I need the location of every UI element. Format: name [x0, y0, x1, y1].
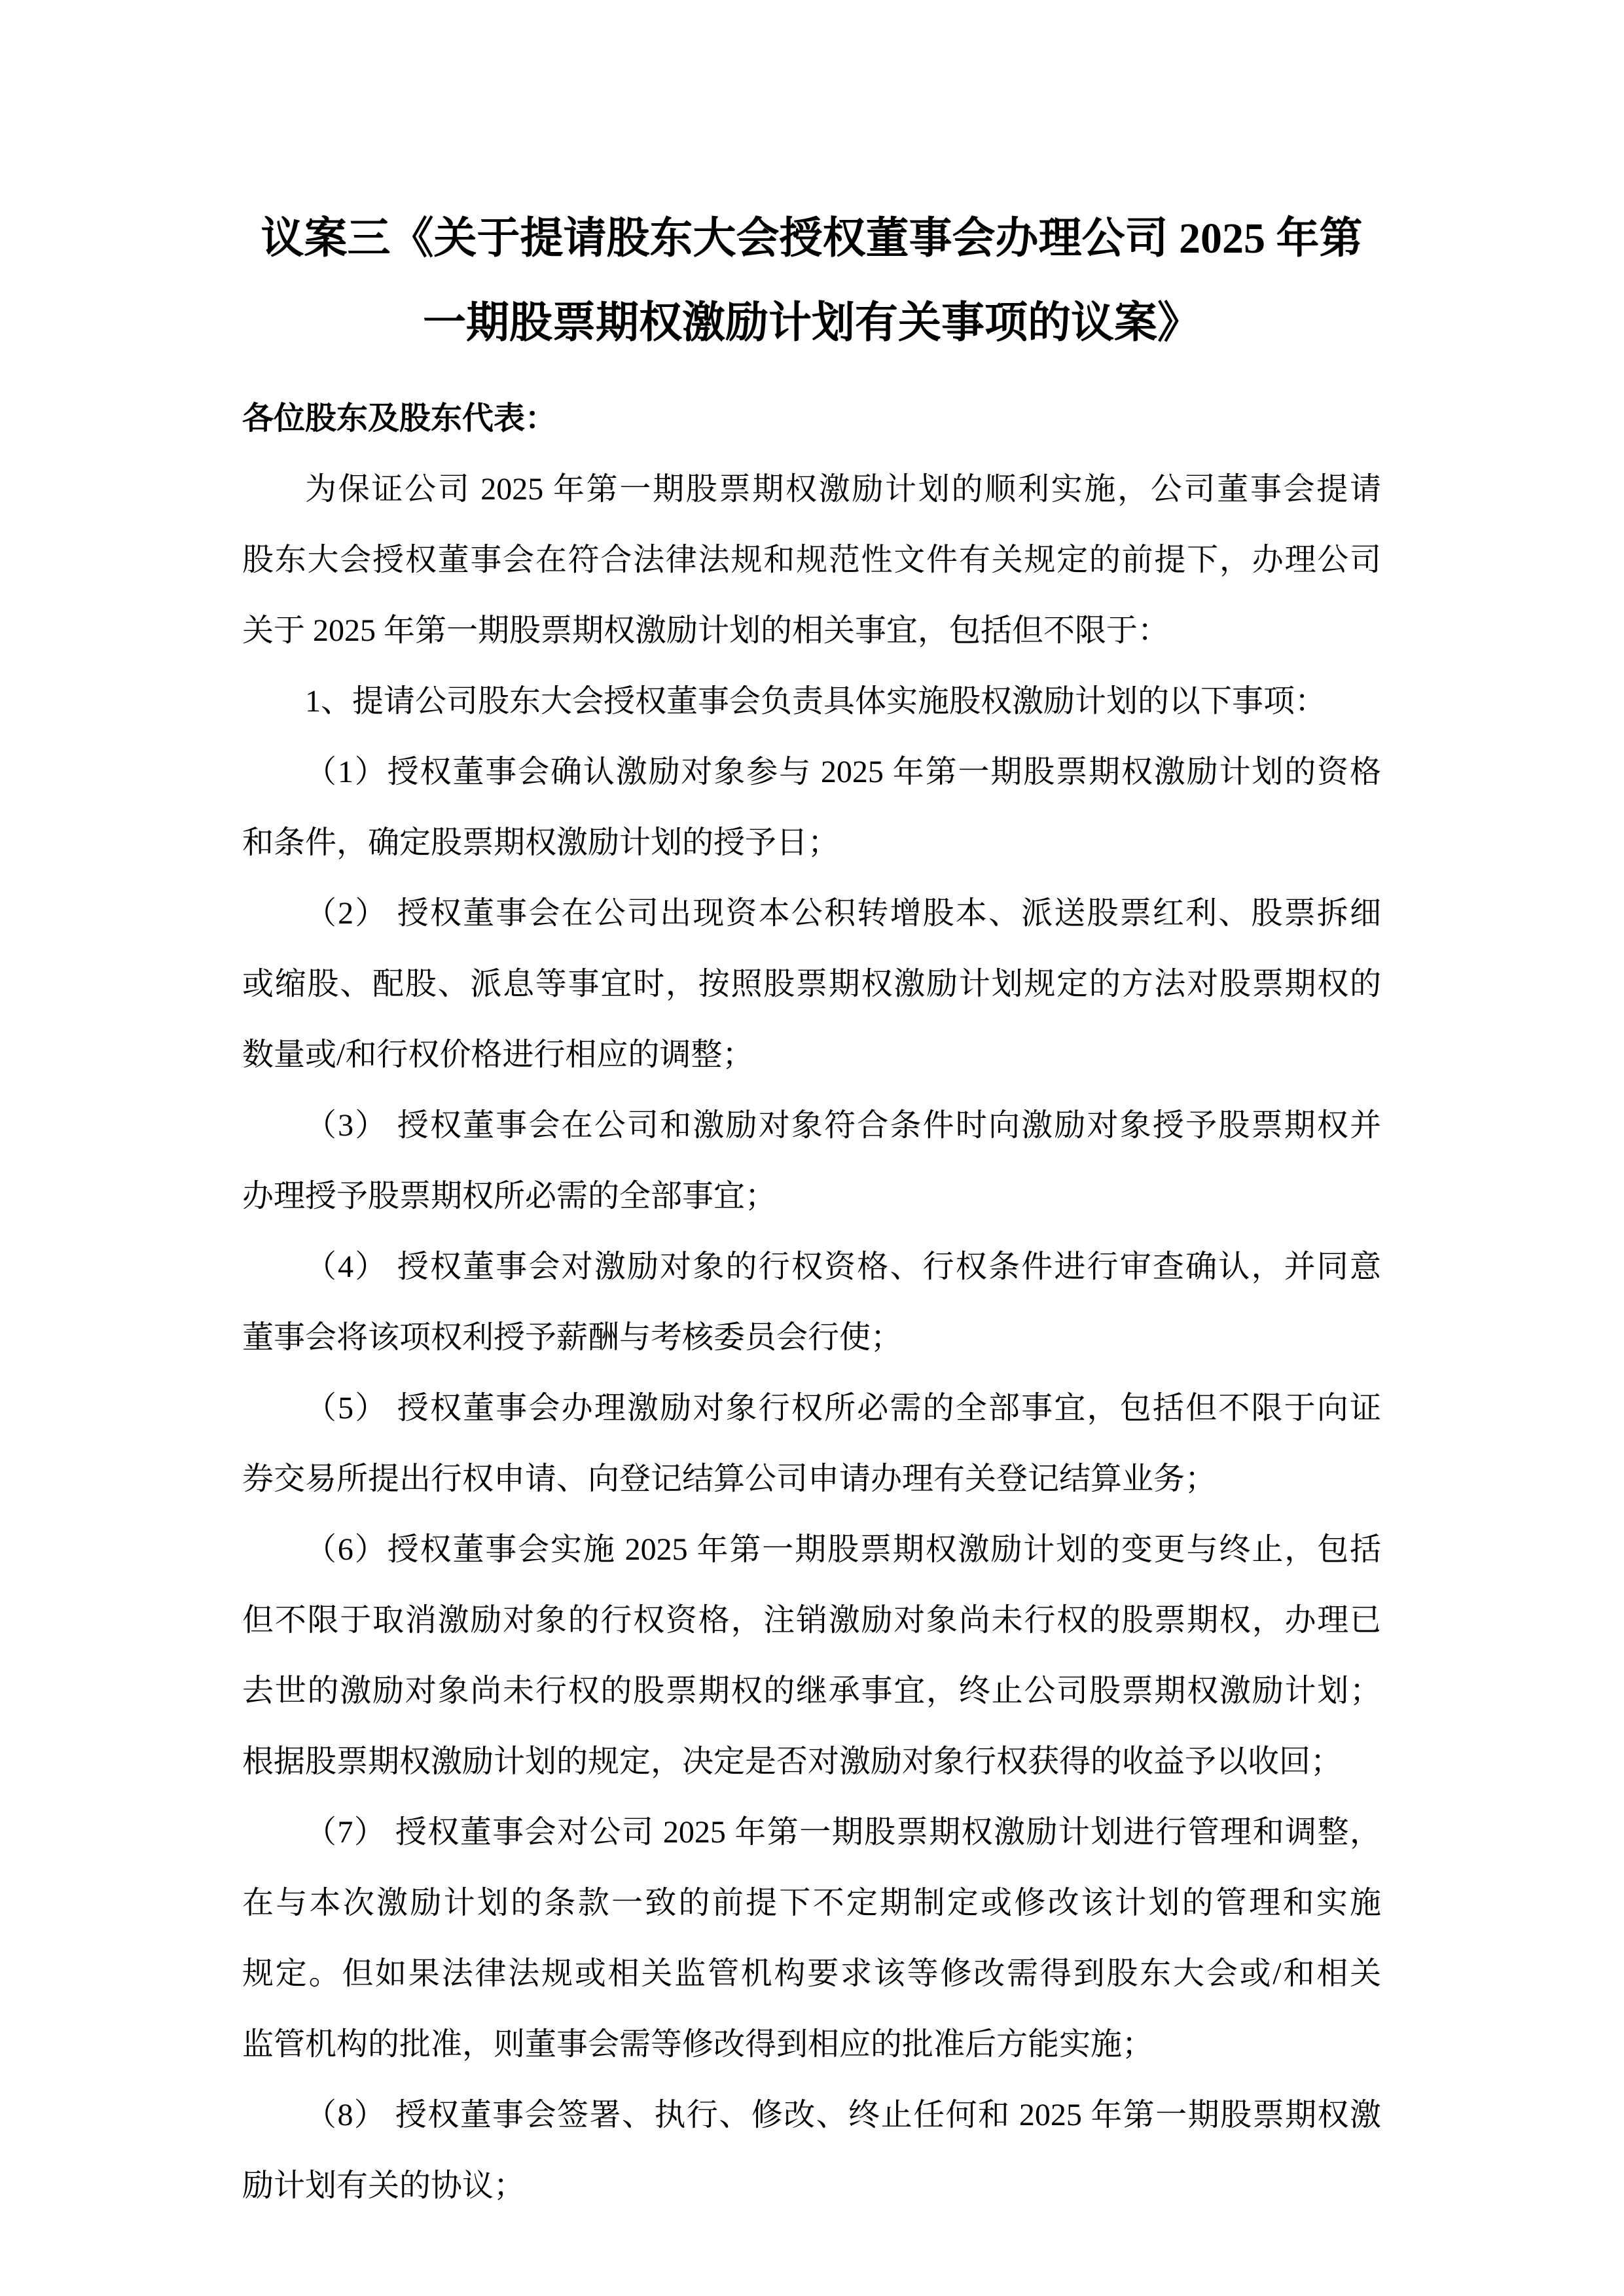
body-line: （8） 授权董事会签署、执行、修改、终止任何和 2025 年第一期股票期权激 [242, 2080, 1381, 2151]
body-line: 为保证公司 2025 年第一期股票期权激励计划的顺利实施，公司董事会提请 [242, 454, 1381, 525]
body-line: 在与本次激励计划的条款一致的前提下不定期制定或修改该计划的管理和实施 [242, 1868, 1381, 1939]
body-line: 股东大会授权董事会在符合法律法规和规范性文件有关规定的前提下，办理公司 [242, 525, 1381, 596]
page-title-line-2: 一期股票期权激励计划有关事项的议案》 [242, 281, 1381, 365]
body-line: 但不限于取消激励对象的行权资格，注销激励对象尚未行权的股票期权，办理已 [242, 1585, 1381, 1656]
body-line: （1）授权董事会确认激励对象参与 2025 年第一期股票期权激励计划的资格 [242, 737, 1381, 808]
body-line: 关于 2025 年第一期股票期权激励计划的相关事宜，包括但不限于： [242, 596, 1381, 666]
body-line: 去世的激励对象尚未行权的股票期权的继承事宜，终止公司股票期权激励计划； [242, 1656, 1381, 1727]
body-line: 券交易所提出行权申请、向登记结算公司申请办理有关登记结算业务； [242, 1444, 1381, 1515]
body-line: （7） 授权董事会对公司 2025 年第一期股票期权激励计划进行管理和调整， [242, 1797, 1381, 1868]
page-title: 议案三《关于提请股东大会授权董事会办理公司 2025 年第 一期股票期权激励计划… [242, 196, 1381, 365]
document-page: 议案三《关于提请股东大会授权董事会办理公司 2025 年第 一期股票期权激励计划… [0, 0, 1624, 2296]
body-line: 和条件，确定股票期权激励计划的授予日； [242, 808, 1381, 878]
page-title-line-1: 议案三《关于提请股东大会授权董事会办理公司 2025 年第 [242, 196, 1381, 281]
document-body: 为保证公司 2025 年第一期股票期权激励计划的顺利实施，公司董事会提请股东大会… [242, 454, 1381, 2221]
salutation: 各位股东及股东代表： [242, 384, 1381, 454]
body-line: 监管机构的批准，则董事会需等修改得到相应的批准后方能实施； [242, 2009, 1381, 2080]
body-line: （4） 授权董事会对激励对象的行权资格、行权条件进行审查确认，并同意 [242, 1232, 1381, 1302]
body-line: （5） 授权董事会办理激励对象行权所必需的全部事宜，包括但不限于向证 [242, 1373, 1381, 1444]
body-line: 规定。但如果法律法规或相关监管机构要求该等修改需得到股东大会或/和相关 [242, 1939, 1381, 2009]
body-line: 数量或/和行权价格进行相应的调整； [242, 1020, 1381, 1090]
body-line: 励计划有关的协议； [242, 2151, 1381, 2221]
body-line: 董事会将该项权利授予薪酬与考核委员会行使； [242, 1302, 1381, 1373]
body-line: 或缩股、配股、派息等事宜时，按照股票期权激励计划规定的方法对股票期权的 [242, 949, 1381, 1020]
body-line: （6）授权董事会实施 2025 年第一期股票期权激励计划的变更与终止，包括 [242, 1515, 1381, 1585]
document-content: 议案三《关于提请股东大会授权董事会办理公司 2025 年第 一期股票期权激励计划… [242, 196, 1381, 2221]
body-line: 1、提请公司股东大会授权董事会负责具体实施股权激励计划的以下事项： [242, 666, 1381, 737]
body-line: （3） 授权董事会在公司和激励对象符合条件时向激励对象授予股票期权并 [242, 1090, 1381, 1161]
body-line: 根据股票期权激励计划的规定，决定是否对激励对象行权获得的收益予以收回； [242, 1727, 1381, 1797]
body-line: 办理授予股票期权所必需的全部事宜； [242, 1161, 1381, 1232]
body-line: （2） 授权董事会在公司出现资本公积转增股本、派送股票红利、股票拆细 [242, 878, 1381, 949]
